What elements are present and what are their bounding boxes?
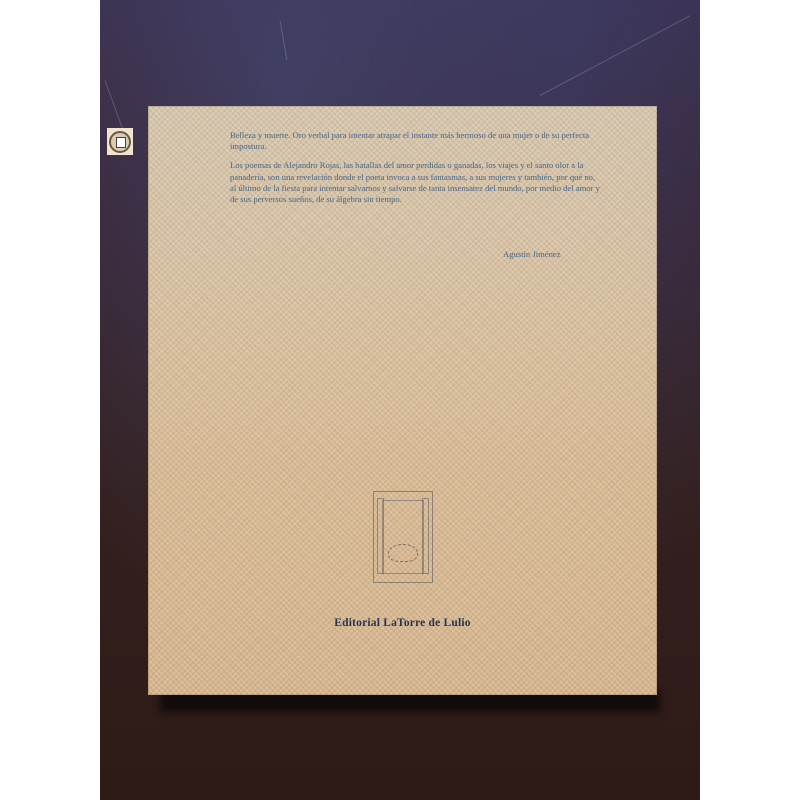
cover-blurb: Belleza y muerte. Oro verbal para intent…	[230, 130, 600, 213]
engraved-tower-emblem-icon	[373, 491, 433, 583]
publisher-name: Editorial LaTorre de Lulio	[148, 617, 657, 629]
seal-logo-icon	[109, 131, 131, 153]
blurb-paragraph: Los poemas de Alejandro Rojas, las batal…	[230, 160, 600, 205]
blurb-signature: Agustín Jiménez	[503, 249, 561, 259]
scratch-mark	[540, 15, 691, 96]
book-back-cover: Belleza y muerte. Oro verbal para intent…	[148, 106, 657, 695]
watermark-badge	[107, 128, 133, 155]
blurb-paragraph: Belleza y muerte. Oro verbal para intent…	[230, 130, 600, 152]
scratch-mark	[280, 20, 288, 60]
